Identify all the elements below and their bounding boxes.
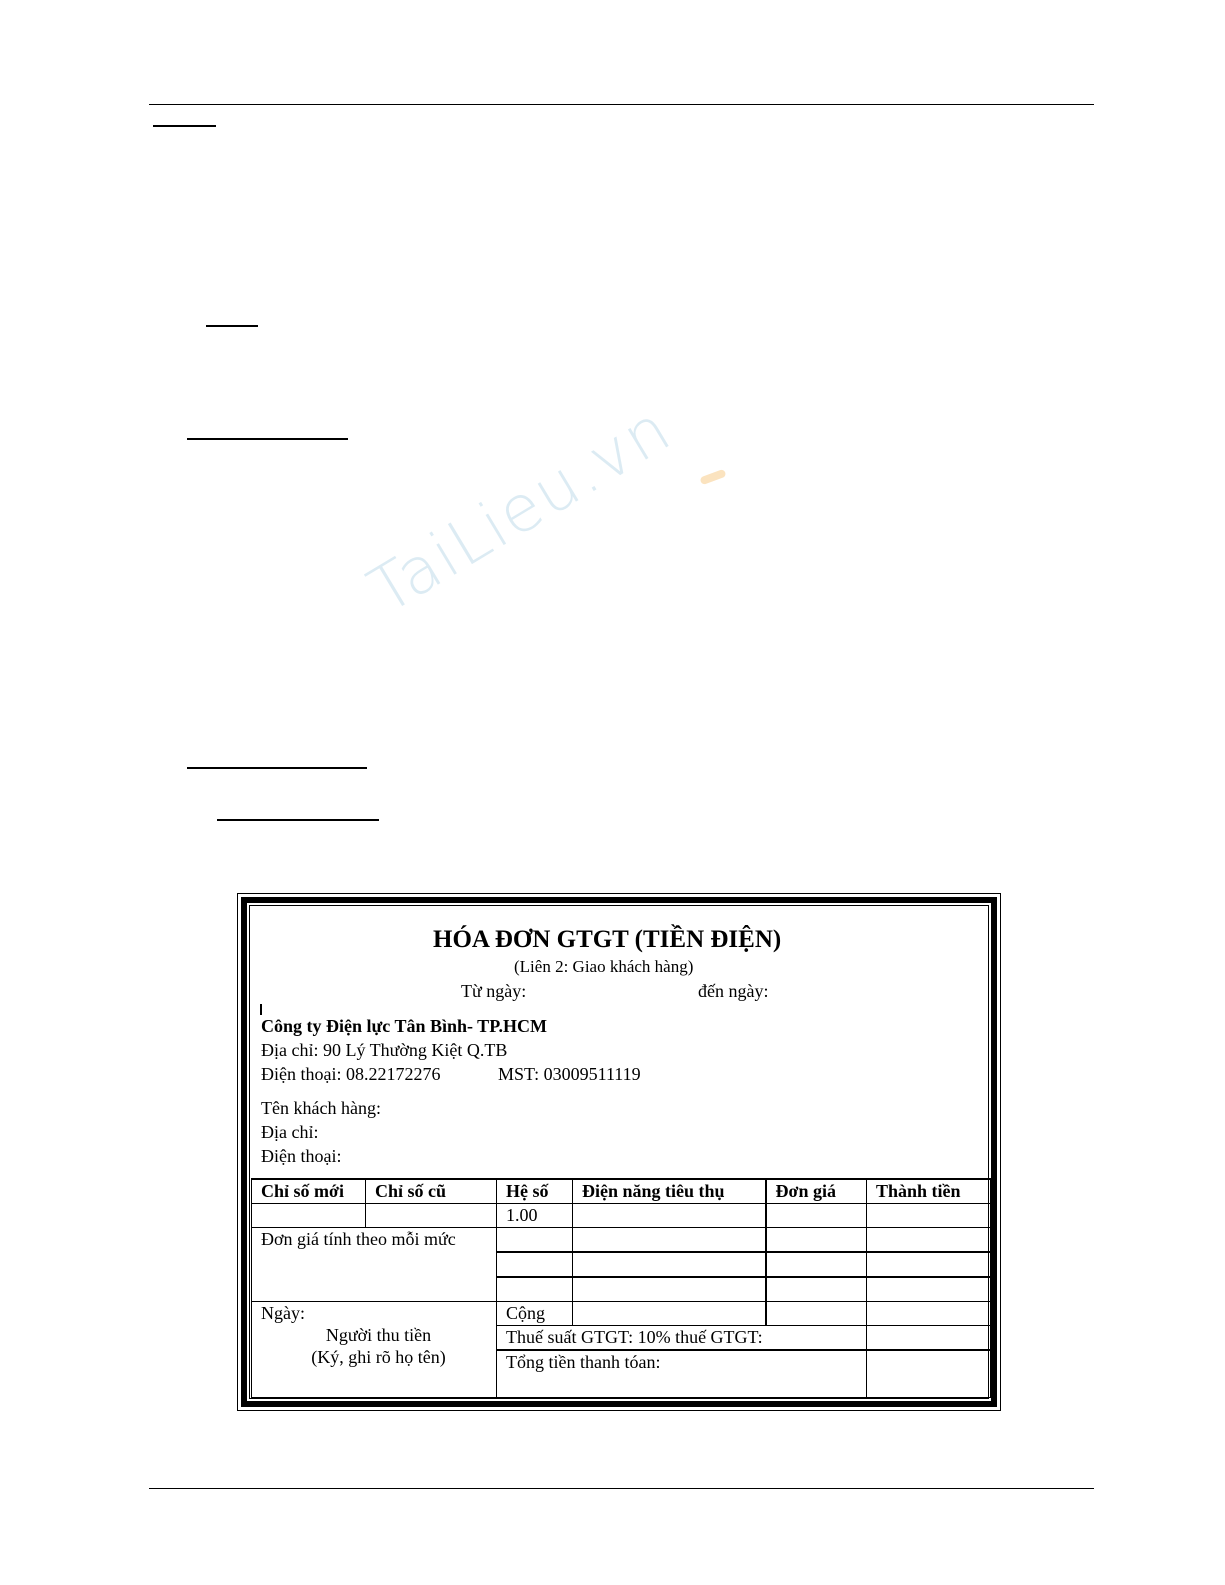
cell-consumption <box>573 1204 766 1228</box>
header-coefficient: Hệ số <box>497 1179 573 1204</box>
customer-address-label: Địa chỉ: <box>261 1122 318 1142</box>
header-amount: Thành tiền <box>867 1179 991 1204</box>
cell-unit-price <box>766 1204 867 1228</box>
date-label: Ngày: <box>261 1302 496 1324</box>
text-cursor <box>260 1004 262 1015</box>
invoice-title: HÓA ĐƠN GTGT (TIỀN ĐIỆN) <box>433 926 781 954</box>
sum-label: Cộng <box>497 1302 573 1326</box>
blank-underline <box>187 438 348 440</box>
sum-row: Ngày: Người thu tiền (Ký, ghi rõ họ tên)… <box>252 1302 991 1326</box>
tier-label: Đơn giá tính theo mỗi mức <box>252 1228 497 1302</box>
customer-phone-label: Điện thoại: <box>261 1146 341 1166</box>
table-row: 1.00 <box>252 1204 991 1228</box>
signature-block: Ngày: Người thu tiền (Ký, ghi rõ họ tên) <box>252 1302 497 1398</box>
blank-underline <box>206 325 258 327</box>
to-date-label: đến ngày: <box>698 981 768 1001</box>
vat-amount <box>867 1326 991 1351</box>
watermark-accent <box>699 469 726 485</box>
header-new-reading: Chỉ số mới <box>252 1179 366 1204</box>
signature-note: (Ký, ghi rõ họ tên) <box>261 1346 496 1368</box>
blank-underline <box>153 125 216 127</box>
table-header-row: Chỉ số mới Chỉ số cũ Hệ số Điện năng tiê… <box>252 1179 991 1204</box>
customer-name-label: Tên khách hàng: <box>261 1098 381 1118</box>
header-old-reading: Chỉ số cũ <box>366 1179 497 1204</box>
company-tax-code: MST: 03009511119 <box>498 1064 641 1084</box>
blank-underline <box>187 767 367 769</box>
collector-label: Người thu tiền <box>261 1324 496 1346</box>
blank-underline <box>217 819 379 821</box>
from-date-label: Từ ngày: <box>461 981 526 1001</box>
cell-amount <box>867 1204 991 1228</box>
cell-coefficient: 1.00 <box>497 1204 573 1228</box>
header-unit-price: Đơn giá <box>766 1179 867 1204</box>
invoice-table: Chỉ số mới Chỉ số cũ Hệ số Điện năng tiê… <box>251 1178 991 1398</box>
company-address: Địa chỉ: 90 Lý Thường Kiệt Q.TB <box>261 1040 507 1060</box>
cell-new-reading <box>252 1204 366 1228</box>
total-label: Tổng tiền thanh tóan: <box>497 1350 867 1398</box>
cell-old-reading <box>366 1204 497 1228</box>
invoice-subtitle: (Liên 2: Giao khách hàng) <box>514 957 693 977</box>
company-phone: Điện thoại: 08.22172276 <box>261 1064 440 1084</box>
vat-label: Thuế suất GTGT: 10% thuế GTGT: <box>497 1326 867 1351</box>
watermark: TaiLieu.vn <box>357 392 685 629</box>
footer-rule <box>149 1488 1094 1489</box>
header-consumption: Điện năng tiêu thụ <box>573 1179 766 1204</box>
header-rule <box>149 104 1094 105</box>
tier-row: Đơn giá tính theo mỗi mức <box>252 1228 991 1253</box>
total-amount <box>867 1350 991 1398</box>
company-name: Công ty Điện lực Tân Bình- TP.HCM <box>261 1016 547 1036</box>
